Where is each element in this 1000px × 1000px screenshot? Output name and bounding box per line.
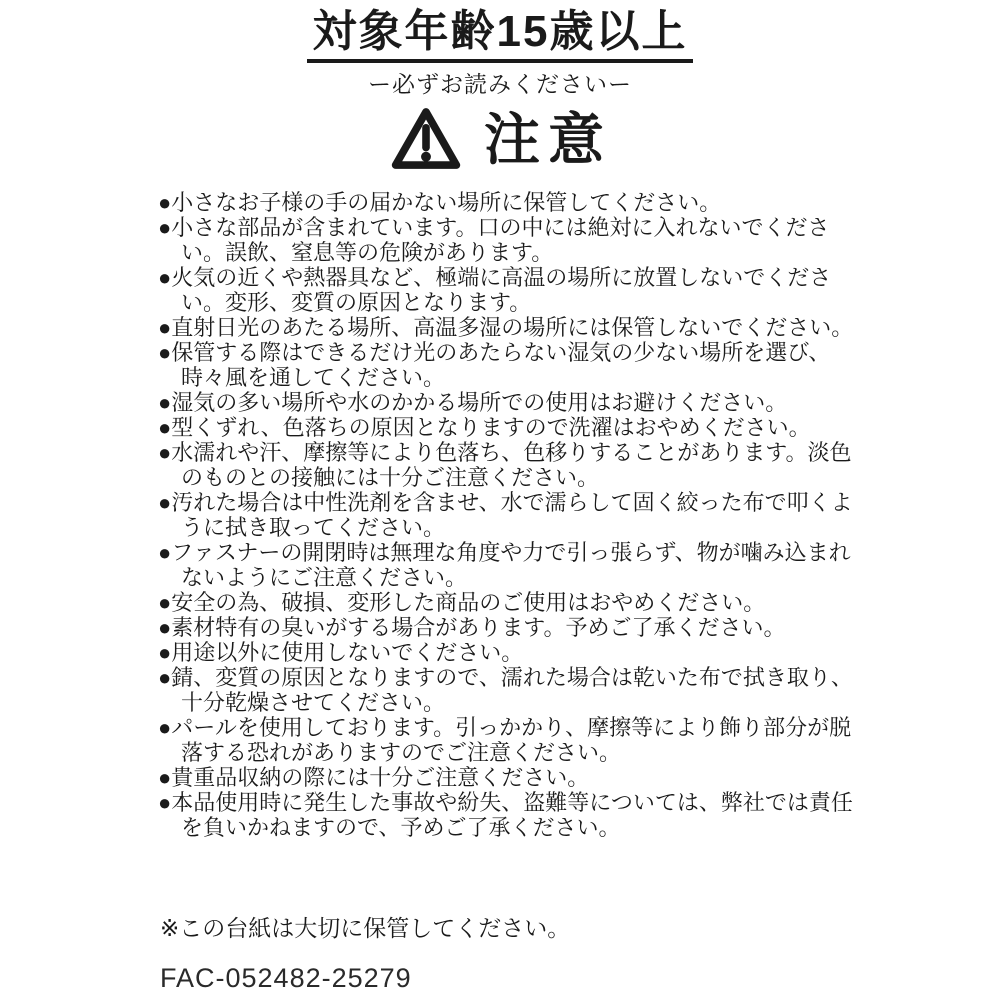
notice-text: 錆、変質の原因となりますので、濡れた場合は乾いた布で拭き取り、十分乾燥させてくだ… <box>171 665 853 715</box>
notice-text: 安全の為、破損、変形した商品のご使用はおやめください。 <box>171 590 765 615</box>
notice-text: パールを使用しております。引っかかり、摩擦等により飾り部分が脱落する恐れがありま… <box>171 715 851 765</box>
notice-text: 小さな部品が含まれています。口の中には絶対に入れないでください。誤飲、窒息等の危… <box>171 215 829 265</box>
notice-text: 直射日光のあたる場所、高温多湿の場所には保管しないでください。 <box>171 315 853 340</box>
notice-item: ●水濡れや汗、摩擦等により色落ち、色移りすることがあります。淡色のものとの接触に… <box>158 440 870 490</box>
notice-item: ●火気の近くや熱器具など、極端に高温の場所に放置しないでください。変形、変質の原… <box>158 265 870 315</box>
notice-item: ●型くずれ、色落ちの原因となりますので洗濯はおやめください。 <box>158 415 870 440</box>
notice-item: ●用途以外に使用しないでください。 <box>158 640 870 665</box>
notice-text: 火気の近くや熱器具など、極端に高温の場所に放置しないでください。変形、変質の原因… <box>171 265 831 315</box>
bullet-icon: ● <box>158 590 171 615</box>
notice-item: ●錆、変質の原因となりますので、濡れた場合は乾いた布で拭き取り、十分乾燥させてく… <box>158 665 870 715</box>
notice-item: ●素材特有の臭いがする場合があります。予めご了承ください。 <box>158 615 870 640</box>
notice-text: 汚れた場合は中性洗剤を含ませ、水で濡らして固く絞った布で叩くように拭き取ってくだ… <box>171 490 852 540</box>
bullet-icon: ● <box>158 765 171 790</box>
notice-text: 型くずれ、色落ちの原因となりますので洗濯はおやめください。 <box>171 415 810 440</box>
notice-text: 貴重品収納の際には十分ご注意ください。 <box>171 765 589 790</box>
bullet-icon: ● <box>158 790 171 815</box>
read-notice-subtitle: ー必ずお読みくださいー <box>0 66 1000 99</box>
notice-text: 湿気の多い場所や水のかかる場所での使用はお避けください。 <box>171 390 787 415</box>
keep-card-note: ※この台紙は大切に保管してください。 <box>160 910 570 943</box>
notice-item: ●本品使用時に発生した事故や紛失、盗難等については、弊社では責任を負いかねますの… <box>158 790 870 840</box>
bullet-icon: ● <box>158 615 171 640</box>
notice-text: ファスナーの開閉時は無理な角度や力で引っ張らず、物が噛み込まれないようにご注意く… <box>171 540 850 590</box>
notice-text: 用途以外に使用しないでください。 <box>171 640 523 665</box>
notice-item: ●保管する際はできるだけ光のあたらない湿気の少ない場所を選び、時々風を通してくだ… <box>158 340 870 390</box>
notice-item: ●直射日光のあたる場所、高温多湿の場所には保管しないでください。 <box>158 315 870 340</box>
bullet-icon: ● <box>158 215 171 240</box>
notice-text: 本品使用時に発生した事故や紛失、盗難等については、弊社では責任を負いかねますので… <box>171 790 853 840</box>
caution-label: 注意 <box>484 112 612 168</box>
notice-item: ●小さな部品が含まれています。口の中には絶対に入れないでください。誤飲、窒息等の… <box>158 215 870 265</box>
bullet-icon: ● <box>158 540 171 565</box>
notice-item: ●汚れた場合は中性洗剤を含ませ、水で濡らして固く絞った布で叩くように拭き取ってく… <box>158 490 870 540</box>
bullet-icon: ● <box>158 340 171 365</box>
page-title: 対象年齢15歳以上 <box>307 8 694 63</box>
notice-text: 保管する際はできるだけ光のあたらない湿気の少ない場所を選び、時々風を通してくださ… <box>171 340 830 390</box>
warning-card: 対象年齢15歳以上 ー必ずお読みくださいー 注意 ●小さなお子様の手の届かない場… <box>0 0 1000 1000</box>
notice-item: ●湿気の多い場所や水のかかる場所での使用はお避けください。 <box>158 390 870 415</box>
bullet-icon: ● <box>158 640 171 665</box>
bullet-icon: ● <box>158 390 171 415</box>
header: 対象年齢15歳以上 ー必ずお読みくださいー 注意 <box>0 0 1000 175</box>
notice-item: ●安全の為、破損、変形した商品のご使用はおやめください。 <box>158 590 870 615</box>
notice-item: ●小さなお子様の手の届かない場所に保管してください。 <box>158 190 870 215</box>
product-code: FAC-052482-25279 <box>160 963 412 994</box>
notice-item: ●ファスナーの開閉時は無理な角度や力で引っ張らず、物が噛み込まれないようにご注意… <box>158 540 870 590</box>
notice-text: 小さなお子様の手の届かない場所に保管してください。 <box>171 190 721 215</box>
notice-item: ●パールを使用しております。引っかかり、摩擦等により飾り部分が脱落する恐れがあり… <box>158 715 870 765</box>
bullet-icon: ● <box>158 715 171 740</box>
caution-heading: 注意 <box>0 105 1000 175</box>
bullet-icon: ● <box>158 190 171 215</box>
bullet-icon: ● <box>158 415 171 440</box>
notice-text: 水濡れや汗、摩擦等により色落ち、色移りすることがあります。淡色のものとの接触には… <box>171 440 851 490</box>
notice-text: 素材特有の臭いがする場合があります。予めご了承ください。 <box>171 615 785 640</box>
bullet-icon: ● <box>158 440 171 465</box>
bullet-icon: ● <box>158 490 171 515</box>
bullet-icon: ● <box>158 265 171 290</box>
bullet-icon: ● <box>158 665 171 690</box>
bullet-icon: ● <box>158 315 171 340</box>
warning-triangle-icon <box>388 105 464 175</box>
notice-item: ●貴重品収納の際には十分ご注意ください。 <box>158 765 870 790</box>
notice-list: ●小さなお子様の手の届かない場所に保管してください。 ●小さな部品が含まれていま… <box>158 190 870 840</box>
